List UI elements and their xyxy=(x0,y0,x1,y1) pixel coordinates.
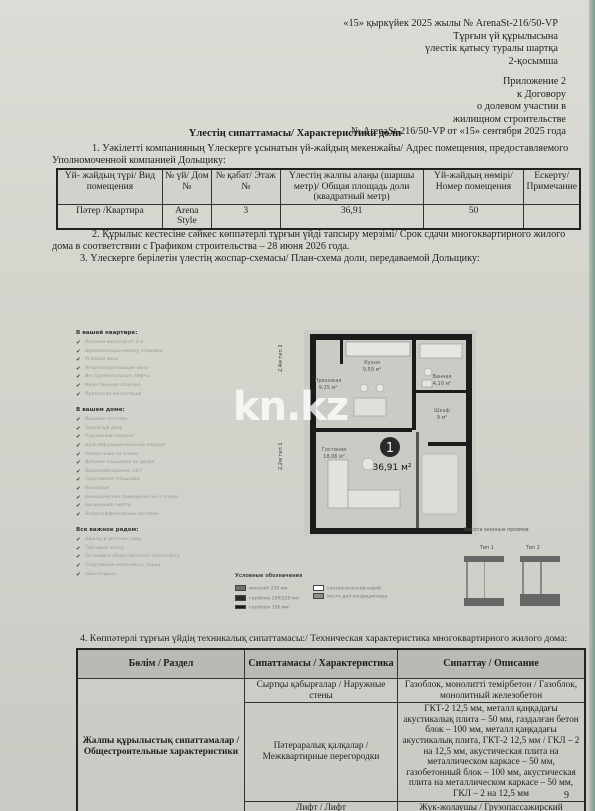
check-icon: ✔ xyxy=(76,545,81,554)
legend-item: монолит 250 мм xyxy=(235,585,288,592)
features-group: ✔Потолки высотой от 3 м✔Шумоизоляция меж… xyxy=(76,339,236,399)
section-title: Үлестің сипаттамасы/ Характеристики доли xyxy=(0,128,590,139)
header-cell: Сипаттау / Описание xyxy=(398,649,586,679)
floor-plan: Кухня 9,59 м² Ванная 4,10 м² Прихожая 9,… xyxy=(304,330,476,536)
watermark: kn.kz xyxy=(233,384,348,430)
list-item: ✔Шумоизоляция между этажами xyxy=(76,348,236,357)
page-number: 9 xyxy=(564,790,569,801)
check-icon: ✔ xyxy=(76,365,81,374)
check-icon: ✔ xyxy=(76,451,81,460)
list-item: ✔мультифункциональный паркинг xyxy=(76,442,236,451)
plan-legend: Условные обозначения монолит 250 мм газо… xyxy=(235,573,435,584)
check-icon: ✔ xyxy=(76,442,81,451)
header-cell: Сипаттамасы / Характеристика xyxy=(245,649,398,679)
header-cell: Үй- жайдың түрі/ Вид помещения xyxy=(57,169,162,204)
features-group: ✔Школы и детские сады✔Торговый центр✔Ост… xyxy=(76,536,236,579)
list-item: ✔Детские площадки во дворе xyxy=(76,459,236,468)
svg-text:1: 1 xyxy=(386,441,394,456)
legend-swatch xyxy=(235,605,246,609)
svg-text:Ванная: Ванная xyxy=(432,374,451,380)
header-kz-line: «15» қыркүйек 2025 жылы № ArenaSt-216/50… xyxy=(343,18,558,31)
check-icon: ✔ xyxy=(76,511,81,520)
list-item: ✔Остановки общественного транспорта xyxy=(76,553,236,562)
list-item: ✔Высокие потолки xyxy=(76,416,236,425)
window-diagram xyxy=(462,554,572,610)
check-icon: ✔ xyxy=(76,459,81,468)
svg-text:Гостиная: Гостиная xyxy=(322,447,346,453)
check-icon: ✔ xyxy=(76,571,81,580)
check-icon: ✔ xyxy=(76,356,81,365)
legend-item: газоблок 100 мм xyxy=(235,605,289,610)
check-icon: ✔ xyxy=(76,553,81,562)
header-kazakh: «15» қыркүйек 2025 жылы № ArenaSt-216/50… xyxy=(343,18,558,68)
cell-house: Arena Style xyxy=(162,204,211,229)
header-ru-line: Приложение 2 xyxy=(351,76,566,89)
cell-note xyxy=(524,204,580,229)
svg-text:9,59 м²: 9,59 м² xyxy=(363,367,382,373)
header-cell: Ескерту/ Примечание xyxy=(524,169,580,204)
legend-item: газоблок 200/250 мм xyxy=(235,595,299,602)
window-type-2: Тип 2 xyxy=(526,546,540,551)
cell-floor: 3 xyxy=(211,204,280,229)
features-heading: В вашем доме: xyxy=(76,407,236,413)
list-item: ✔Коммерческие помещения на 1 этаже xyxy=(76,494,236,503)
dim-label-type2: 2,4м тип 2 xyxy=(278,344,284,372)
list-item: ✔Угловые окна xyxy=(76,356,236,365)
window-type-1: Тип 1 xyxy=(480,546,494,551)
legend-swatch xyxy=(235,585,246,591)
cell-description: ГКТ-2 12,5 мм, металл қаңқадағы акустика… xyxy=(398,703,586,801)
check-icon: ✔ xyxy=(76,348,81,357)
list-item: ✔Бесшумные лифты xyxy=(76,502,236,511)
header-cell: № үй/ Дом № xyxy=(162,169,211,204)
check-icon: ✔ xyxy=(76,536,81,545)
plan-scheme: В вашей квартире:✔Потолки высотой от 3 м… xyxy=(60,320,580,620)
check-icon: ✔ xyxy=(76,382,81,391)
legend-item: сантехнический короб xyxy=(313,585,381,592)
cell-description: Газоблок, монолитті темірбетон / Газобло… xyxy=(398,679,586,703)
table-header-row: Бөлім / Раздел Сипаттамасы / Характерист… xyxy=(77,649,585,679)
svg-text:36,91 м²: 36,91 м² xyxy=(372,463,411,473)
window-heights: Высота оконных проемов Тип 1 Тип 2 xyxy=(460,528,580,533)
list-item: ✔зоны отдыха xyxy=(76,571,236,580)
header-cell: Үлестің жалпы алаңы (шаршы метр)/ Общая … xyxy=(280,169,423,204)
list-item: ✔Приточная вентиляция xyxy=(76,391,236,400)
legend-swatch xyxy=(235,595,246,601)
document-page: «15» қыркүйек 2025 жылы № ArenaSt-216/50… xyxy=(0,0,590,811)
list-item: ✔Энергоэффективные системы xyxy=(76,511,236,520)
item-1-text: 1. Уәкілетті компанияның Үлескерге ұсына… xyxy=(52,143,572,166)
check-icon: ✔ xyxy=(76,476,81,485)
apartment-table: Үй- жайдың түрі/ Вид помещения № үй/ Дом… xyxy=(56,168,581,230)
check-icon: ✔ xyxy=(76,339,81,348)
item-3-text: 3. Үлескерге берілетін үлестің жоспар-сх… xyxy=(80,253,595,265)
svg-text:Шкаф: Шкаф xyxy=(434,408,450,414)
check-icon: ✔ xyxy=(76,433,81,442)
header-cell: Үй-жайдың нөмірі/ Номер помещения xyxy=(423,169,524,204)
cell-description: Жүк-жолаушы / Грузопассажирский xyxy=(398,801,586,811)
header-kz-line: 2-қосымша xyxy=(343,56,558,69)
header-ru-line: о долевом участии в xyxy=(351,101,566,114)
header-cell: Бөлім / Раздел xyxy=(77,649,245,679)
table-row: Пәтер /Квартира Arena Style 3 36,91 50 xyxy=(57,204,580,229)
cell-number: 50 xyxy=(423,204,524,229)
list-item: ✔Школы и детские сады xyxy=(76,536,236,545)
item-4-text: 4. Көппәтерлі тұрғын үйдің техникалық си… xyxy=(80,633,567,644)
list-item: ✔Консьерж xyxy=(76,485,236,494)
dim-label-type1: 2,2м тип 1 xyxy=(278,442,284,470)
list-item: ✔Подземный паркинг xyxy=(76,433,236,442)
legend-swatch xyxy=(313,585,324,591)
cell-area: 36,91 xyxy=(280,204,423,229)
features-heading: Все важное рядом: xyxy=(76,527,236,533)
list-item: ✔Спортивная площадка xyxy=(76,476,236,485)
header-ru-line: к Договору xyxy=(351,89,566,102)
cell-type: Пәтер /Квартира xyxy=(57,204,162,229)
check-icon: ✔ xyxy=(76,425,81,434)
list-item: ✔Потолки высотой от 3 м xyxy=(76,339,236,348)
room-label: Кухня xyxy=(364,360,380,366)
check-icon: ✔ xyxy=(76,502,81,511)
header-ru-line: жилищном строительстве xyxy=(351,114,566,127)
svg-text:4,10 м²: 4,10 м² xyxy=(433,381,452,387)
list-item: ✔Закрытый двор xyxy=(76,425,236,434)
list-item: ✔Колясочные на этаже xyxy=(76,451,236,460)
list-item: ✔Спортивные комплексы, парки, xyxy=(76,562,236,571)
features-heading: В вашей квартире: xyxy=(76,330,236,336)
check-icon: ✔ xyxy=(76,562,81,571)
svg-text:18,06 м²: 18,06 м² xyxy=(323,454,345,460)
header-kz-line: Тұрғын үй құрылысына xyxy=(343,31,558,44)
check-icon: ✔ xyxy=(76,494,81,503)
legend-title: Условные обозначения xyxy=(235,573,435,579)
list-item: ✔Качественная отделка xyxy=(76,382,236,391)
page-edge xyxy=(589,0,595,811)
check-icon: ✔ xyxy=(76,485,81,494)
table-row: Жалпы құрылыстық сипаттамалар / Общестро… xyxy=(77,679,585,703)
check-icon: ✔ xyxy=(76,373,81,382)
list-item: ✔Энергосберегающие окна xyxy=(76,365,236,374)
cell-characteristic: Пәтераралық қалқалар / Межквартирные пер… xyxy=(245,703,398,801)
windows-title: Высота оконных проемов xyxy=(464,528,580,533)
cell-characteristic: Сыртқы қабырғалар / Наружные стены xyxy=(245,679,398,703)
check-icon: ✔ xyxy=(76,416,81,425)
table-header-row: Үй- жайдың түрі/ Вид помещения № үй/ Дом… xyxy=(57,169,580,204)
header-kz-line: үлестік қатысу туралы шартқа xyxy=(343,43,558,56)
features-list: В вашей квартире:✔Потолки высотой от 3 м… xyxy=(76,330,236,587)
check-icon: ✔ xyxy=(76,391,81,400)
item-2-text: 2. Құрылыс кестесіне сәйкес көппәтерлі т… xyxy=(52,229,572,252)
list-item: ✔Инструментальные лифты xyxy=(76,373,236,382)
check-icon: ✔ xyxy=(76,468,81,477)
features-group: ✔Высокие потолки✔Закрытый двор✔Подземный… xyxy=(76,416,236,519)
header-cell: № қабат/ Этаж № xyxy=(211,169,280,204)
technical-table: Бөлім / Раздел Сипаттамасы / Характерист… xyxy=(76,648,586,811)
list-item: ✔Видеонаблюдение 24/7 xyxy=(76,468,236,477)
cell-characteristic: Лифт / Лифт xyxy=(245,801,398,811)
legend-item: место для кондиционера xyxy=(313,593,387,600)
svg-text:9 м²: 9 м² xyxy=(437,415,448,421)
cell-section: Жалпы құрылыстық сипаттамалар / Общестро… xyxy=(77,679,245,811)
list-item: ✔Торговый центр xyxy=(76,545,236,554)
legend-swatch xyxy=(313,593,324,599)
